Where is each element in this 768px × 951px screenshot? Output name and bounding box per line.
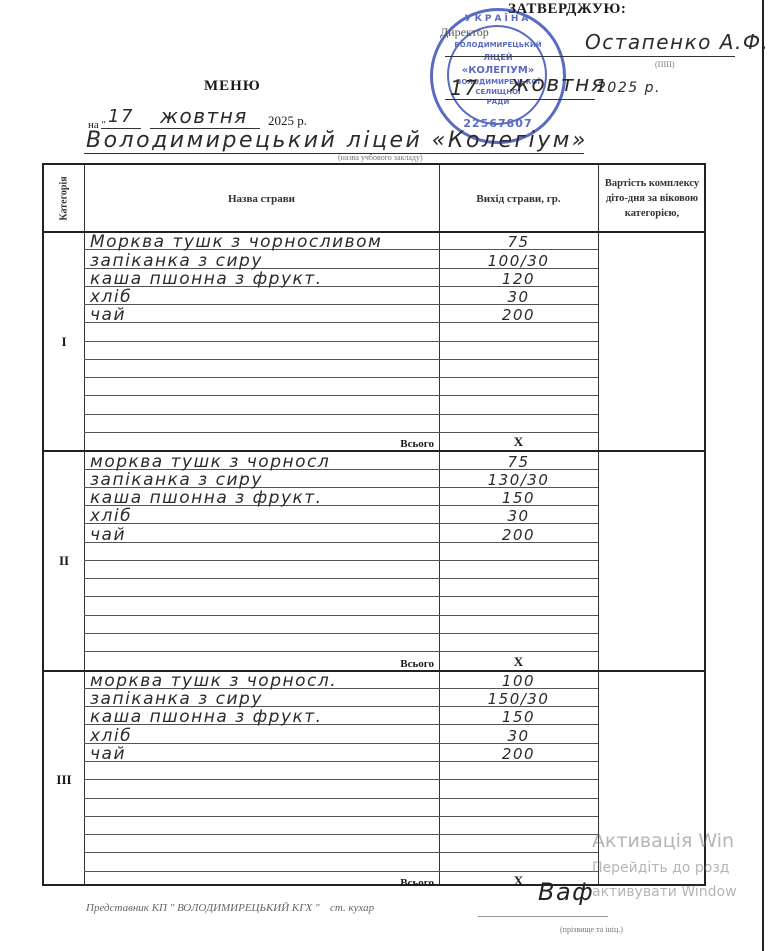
table-row	[84, 561, 598, 579]
table-row	[84, 616, 598, 634]
dish-output: 130/30	[439, 471, 598, 489]
approval-month: жовтня	[510, 72, 606, 97]
windows-activation-line: Перейдіть до розд	[592, 860, 729, 876]
approval-year: 2025 р.	[597, 80, 661, 96]
approval-date-line	[445, 99, 595, 100]
table-row: запіканка з сиру100/30	[84, 250, 598, 268]
dish-name: запіканка з сиру	[90, 251, 263, 271]
footer-sign-line	[478, 916, 608, 917]
dish-output: 200	[439, 745, 598, 763]
header-category: Категорія	[44, 165, 84, 232]
category-label: III	[44, 772, 84, 788]
table-row: хліб30	[84, 725, 598, 743]
table-row: Морква тушк з чорносливом75	[84, 232, 598, 250]
name-caption: (ПІП)	[655, 60, 675, 69]
table-row	[84, 835, 598, 853]
school-name: Володимирецький ліцей «Колегіум»	[86, 128, 588, 153]
director-name: Остапенко А.Ф.	[585, 30, 768, 54]
dish-name: морква тушк з чорносл	[90, 452, 330, 472]
dish-output: 150/30	[439, 690, 598, 708]
dish-output: 30	[439, 727, 598, 745]
menu-day: 17	[108, 106, 134, 127]
dish-name: каша пшонна з фрукт.	[90, 488, 323, 508]
dish-output: 200	[439, 306, 598, 324]
school-line	[84, 153, 584, 154]
table-row: чай200	[84, 744, 598, 762]
dish-name: чай	[90, 305, 126, 325]
header-dish-name: Назва страви	[84, 165, 439, 232]
table-row	[84, 817, 598, 835]
stamp-line: ВОЛОДИМИРЕЦЬКИЙ	[433, 41, 563, 49]
windows-activation-line: активувати Window	[592, 884, 737, 900]
table-row: запіканка з сиру130/30	[84, 470, 598, 488]
dish-output: 100/30	[439, 252, 598, 270]
category-label: II	[44, 553, 84, 569]
windows-activation-title: Активація Win	[592, 830, 734, 852]
dish-name: хліб	[90, 726, 132, 746]
table-row: запіканка з сиру150/30	[84, 689, 598, 707]
footer-representative: Представник КП " ВОЛОДИМИРЕЦЬКИЙ КГХ "	[86, 902, 320, 914]
table-row: хліб30	[84, 287, 598, 305]
total-value: X	[439, 654, 598, 670]
dish-output: 150	[439, 708, 598, 726]
menu-year: 2025 р.	[268, 113, 307, 129]
table-row: чай200	[84, 524, 598, 542]
menu-month: жовтня	[160, 104, 248, 128]
table-row: чай200	[84, 305, 598, 323]
table-row	[84, 396, 598, 414]
menu-table: Категорія Назва страви Вихід страви, гр.…	[42, 163, 706, 886]
table-row	[84, 543, 598, 561]
column-divider	[598, 165, 599, 884]
dish-name: каша пшонна з фрукт.	[90, 707, 323, 727]
table-row	[84, 853, 598, 871]
table-row: каша пшонна з фрукт.150	[84, 707, 598, 725]
table-row	[84, 598, 598, 616]
dish-output: 30	[439, 288, 598, 306]
dish-name: хліб	[90, 506, 132, 526]
stamp-line: ЛІЦЕЙ	[433, 53, 563, 62]
category-label: I	[44, 334, 84, 350]
approval-title: ЗАТВЕРДЖУЮ:	[508, 1, 626, 18]
dish-output: 100	[439, 672, 598, 690]
table-row	[84, 780, 598, 798]
dish-name: запіканка з сиру	[90, 470, 263, 490]
dish-name: хліб	[90, 287, 132, 307]
header-cost: Вартість комплексу діто-дня за віковою к…	[598, 165, 706, 232]
total-row: ВсьогоX	[84, 433, 598, 451]
table-row	[84, 634, 598, 652]
scan-border	[762, 0, 764, 951]
menu-title: МЕНЮ	[204, 78, 261, 95]
dish-name: чай	[90, 525, 126, 545]
footer-caption: (прізвище та ініц.)	[560, 925, 623, 934]
table-row: морква тушк з чорносл75	[84, 451, 598, 469]
dish-name: Морква тушк з чорносливом	[90, 232, 382, 252]
total-row: ВсьогоX	[84, 872, 598, 890]
dish-output: 75	[439, 233, 598, 251]
dish-output: 150	[439, 489, 598, 507]
dish-name: морква тушк з чорносл.	[90, 671, 337, 691]
table-row	[84, 579, 598, 597]
total-label: Всього	[400, 658, 434, 670]
director-label: Директор	[440, 25, 489, 40]
total-row: ВсьогоX	[84, 652, 598, 670]
total-value: X	[439, 434, 598, 450]
dish-name: запіканка з сиру	[90, 689, 263, 709]
table-row: каша пшонна з фрукт.120	[84, 269, 598, 287]
dish-output: 120	[439, 270, 598, 288]
table-row	[84, 342, 598, 360]
school-caption: (назва учбового закладу)	[338, 153, 423, 162]
dish-name: чай	[90, 744, 126, 764]
table-row	[84, 323, 598, 341]
table-row: каша пшонна з фрукт.150	[84, 488, 598, 506]
director-sign-line	[445, 56, 735, 57]
approval-day: 17	[450, 76, 478, 100]
dish-output: 30	[439, 507, 598, 525]
dish-output: 75	[439, 453, 598, 471]
table-row	[84, 360, 598, 378]
table-row	[84, 415, 598, 433]
table-row	[84, 378, 598, 396]
table-row: морква тушк з чорносл.100	[84, 671, 598, 689]
header-category-label: Категорія	[59, 176, 70, 220]
table-row: хліб30	[84, 506, 598, 524]
footer-role: ст. кухар	[330, 902, 374, 914]
total-label: Всього	[400, 877, 434, 889]
header-output: Вихід страви, гр.	[439, 165, 598, 232]
total-label: Всього	[400, 438, 434, 450]
cook-signature: Ваф	[538, 878, 594, 906]
table-row	[84, 762, 598, 780]
dish-name: каша пшонна з фрукт.	[90, 269, 323, 289]
table-row	[84, 799, 598, 817]
dish-output: 200	[439, 526, 598, 544]
